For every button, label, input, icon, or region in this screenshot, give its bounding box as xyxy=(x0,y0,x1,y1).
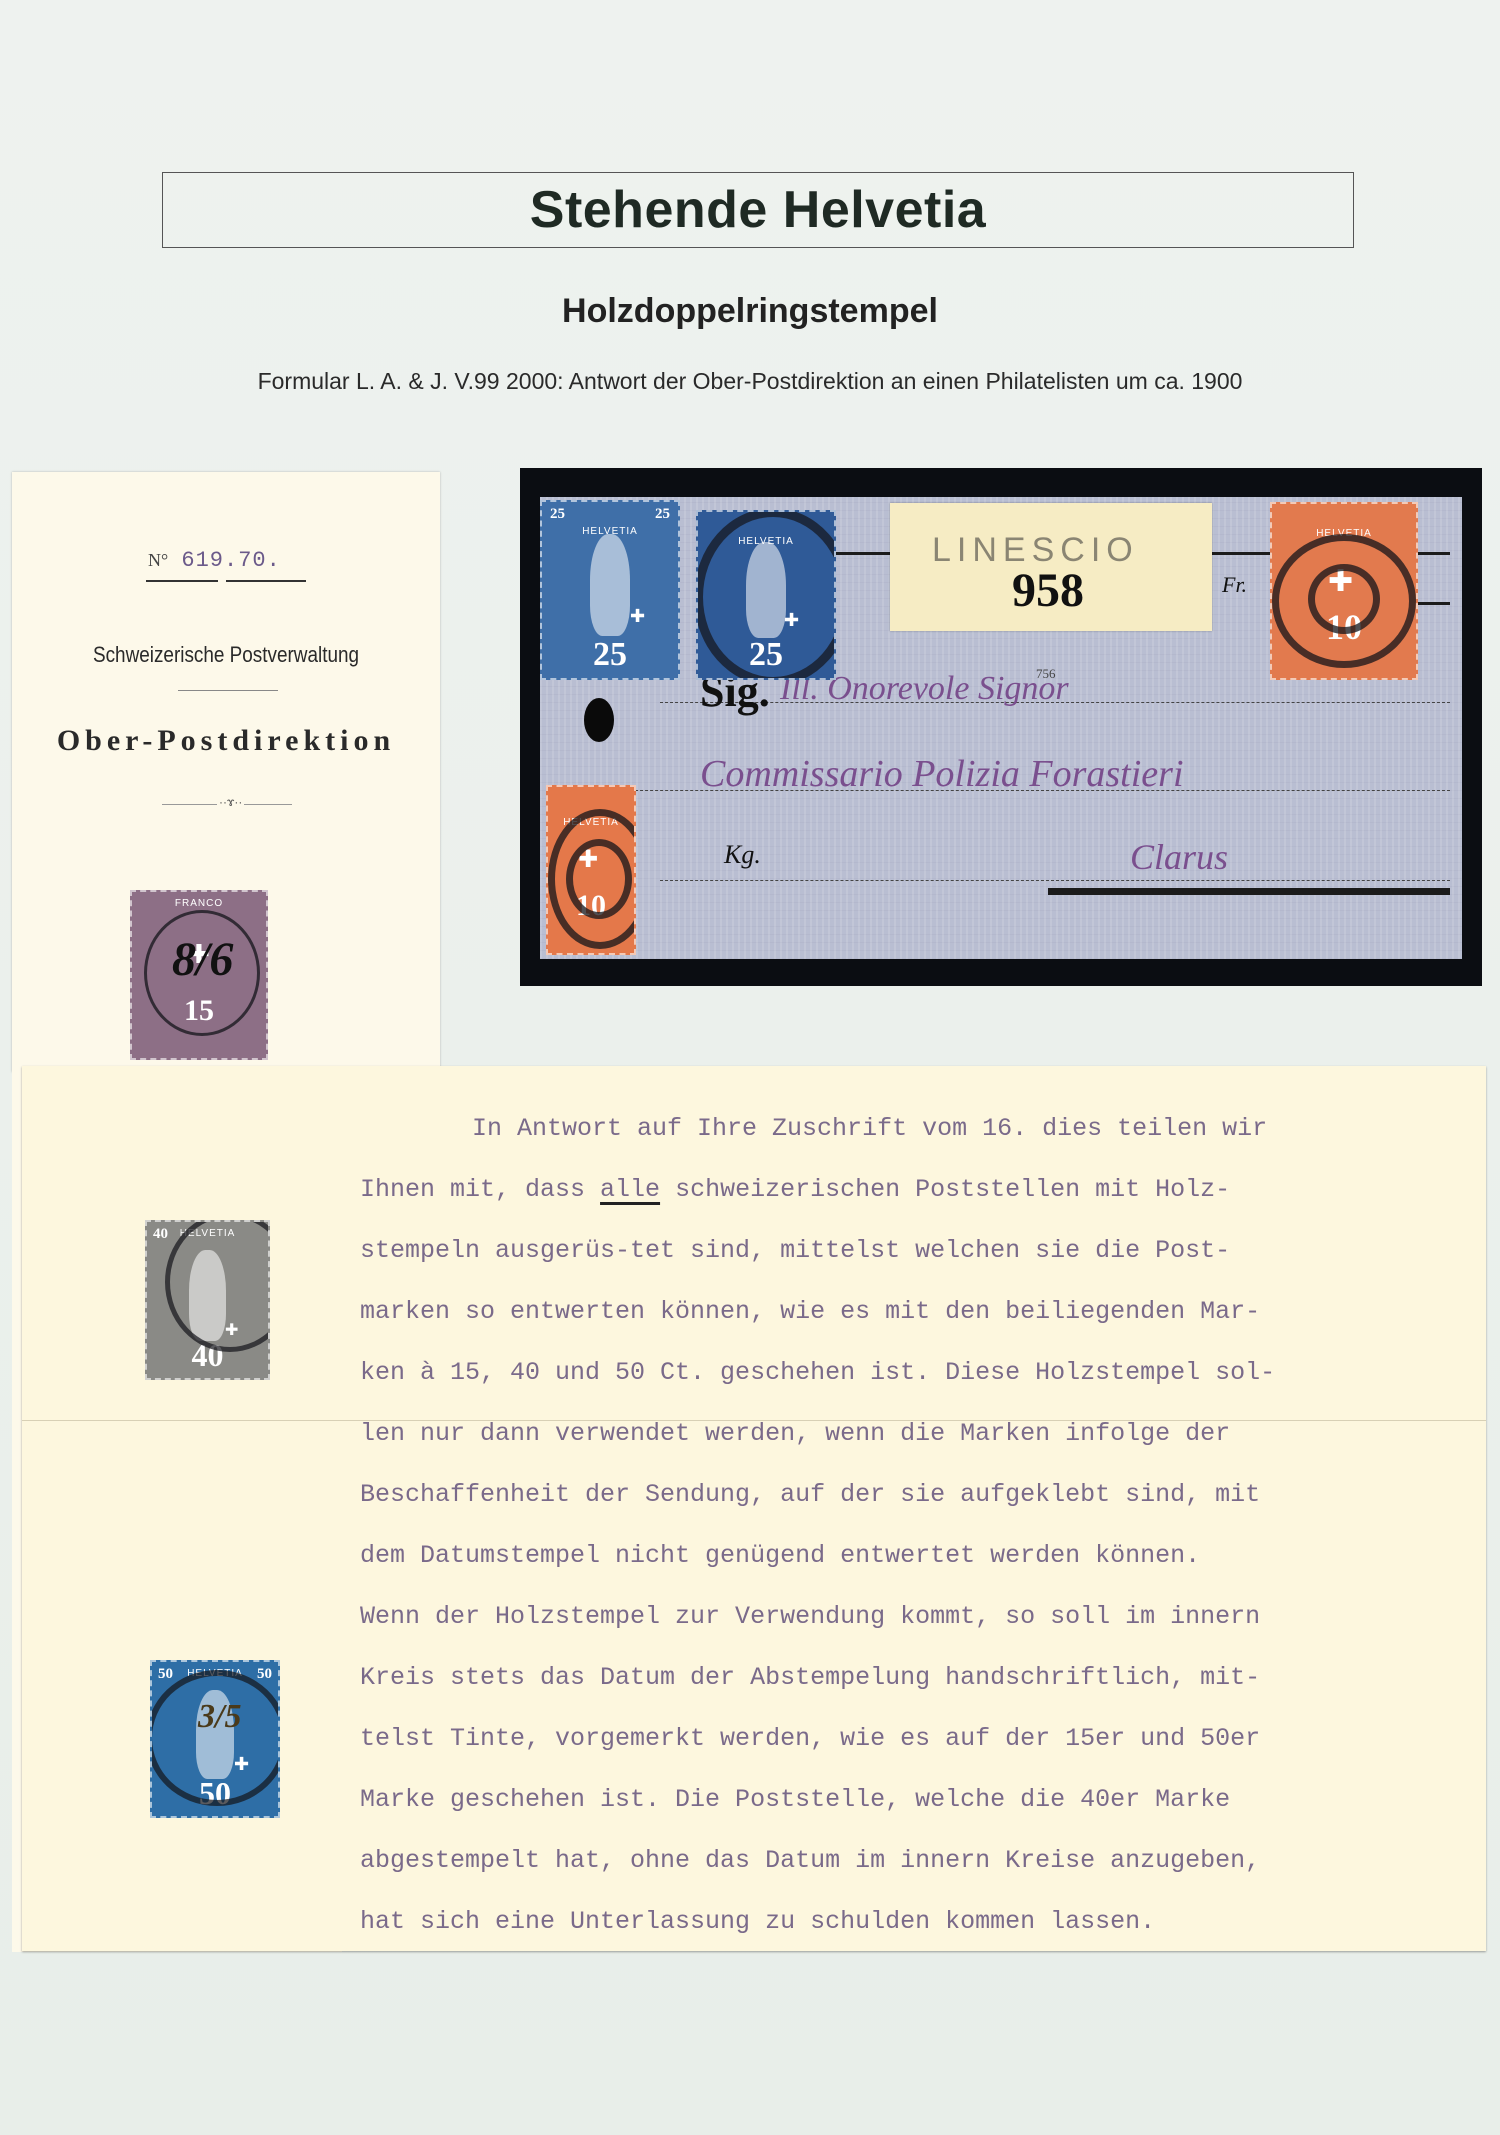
postmark-ring xyxy=(165,1220,270,1352)
title-box: Stehende Helvetia xyxy=(162,172,1354,248)
page-title: Stehende Helvetia xyxy=(530,180,986,240)
punch-hole xyxy=(584,698,614,742)
letter-line: stempeln ausgerüs-tet sind, mittelst wel… xyxy=(360,1220,1480,1281)
address-handwriting: Clarus xyxy=(1130,836,1228,878)
letter-line: Ihnen mit, dass alle schweizerischen Pos… xyxy=(360,1159,1480,1220)
postmark-ring xyxy=(696,510,836,680)
swiss-cross-icon: ✚ xyxy=(630,606,645,627)
letter-body: In Antwort auf Ihre Zuschrift vom 16. di… xyxy=(360,1098,1480,1952)
ornament-divider: ··ɤ·· xyxy=(162,804,292,805)
stamp-corner-value: 25 xyxy=(655,506,670,523)
card-stamp-25: HELVETIA 25 25 ✚ 25 xyxy=(540,500,680,680)
letter-line: dem Datumstempel nicht genügend entwerte… xyxy=(360,1525,1480,1586)
postmark-ring xyxy=(150,1670,280,1806)
letter-line: abgestempelt hat, ohne das Datum im inne… xyxy=(360,1830,1480,1891)
number-underline xyxy=(226,580,306,582)
page-subtitle: Holzdoppelringstempel xyxy=(0,292,1500,331)
letter-line: telst Tinte, vorgemerkt werden, wie es a… xyxy=(360,1708,1480,1769)
stamp-corner-value: 50 xyxy=(158,1666,173,1683)
letter-line: marken so entwerten können, wie es mit d… xyxy=(360,1281,1480,1342)
form-department: Ober-Postdirektion xyxy=(12,724,440,758)
address-handwriting: Commissario Polizia Forastieri xyxy=(700,752,1184,796)
form-organization: Schweizerische Postverwaltung xyxy=(42,642,410,668)
address-line xyxy=(660,880,1450,881)
ornament-icon: ··ɤ·· xyxy=(217,795,244,809)
number-value: 619.70. xyxy=(181,548,280,573)
card-stamp-10: HELVETIA ✚ 10 xyxy=(1270,502,1418,680)
field-kg: Kg. xyxy=(724,840,761,870)
stamp-50: HELVETIA 50 50 ✚ 50 3/5 xyxy=(150,1660,280,1818)
divider xyxy=(178,690,278,691)
stamp-value: 25 xyxy=(542,636,678,674)
card-stamp-10: HELVETIA ✚ 10 xyxy=(546,785,636,955)
letter-line: len nur dann verwendet werden, wenn die … xyxy=(360,1403,1480,1464)
postmark-inner-ring xyxy=(566,839,632,919)
form-number: N° 619.70. xyxy=(148,548,308,573)
letter-line: hat sich eine Unterlassung zu schulden k… xyxy=(360,1891,1480,1952)
field-fr: Fr. xyxy=(1222,572,1247,598)
manuscript-date: 3/5 xyxy=(198,1698,241,1736)
stamp-15: FRANCO ✚ 15 8/6 xyxy=(130,890,268,1060)
stamp-40: HELVETIA 40 ✚ 40 xyxy=(145,1220,270,1380)
card-rule-thick xyxy=(1048,888,1450,895)
letter-line: Wenn der Holzstempel zur Verwendung komm… xyxy=(360,1586,1480,1647)
stamp-corner-value: 40 xyxy=(153,1226,168,1243)
card-stamp-25: HELVETIA ✚ 25 xyxy=(696,510,836,680)
number-prefix: N° xyxy=(148,550,168,570)
letter-line: ken à 15, 40 und 50 Ct. geschehen ist. D… xyxy=(360,1342,1480,1403)
letter-line: Beschaffenheit der Sendung, auf der sie … xyxy=(360,1464,1480,1525)
letter-line: In Antwort auf Ihre Zuschrift vom 16. di… xyxy=(360,1098,1480,1159)
manuscript-date: 8/6 xyxy=(172,932,233,987)
number-underline xyxy=(146,580,218,582)
label-number: 958 xyxy=(1012,563,1084,618)
page-caption: Formular L. A. & J. V.99 2000: Antwort d… xyxy=(0,368,1500,395)
registration-label: LINESCIO 958 xyxy=(890,503,1212,631)
stamp-header: FRANCO xyxy=(132,898,266,909)
letter-line: Kreis stets das Datum der Abstempelung h… xyxy=(360,1647,1480,1708)
underlined-word: alle xyxy=(600,1175,660,1204)
helvetia-figure xyxy=(590,534,631,636)
stamp-corner-value: 25 xyxy=(550,506,565,523)
stamp-corner-value: 50 xyxy=(257,1666,272,1683)
letter-line: Marke geschehen ist. Die Poststelle, wel… xyxy=(360,1769,1480,1830)
postmark-inner-ring xyxy=(1308,564,1380,634)
